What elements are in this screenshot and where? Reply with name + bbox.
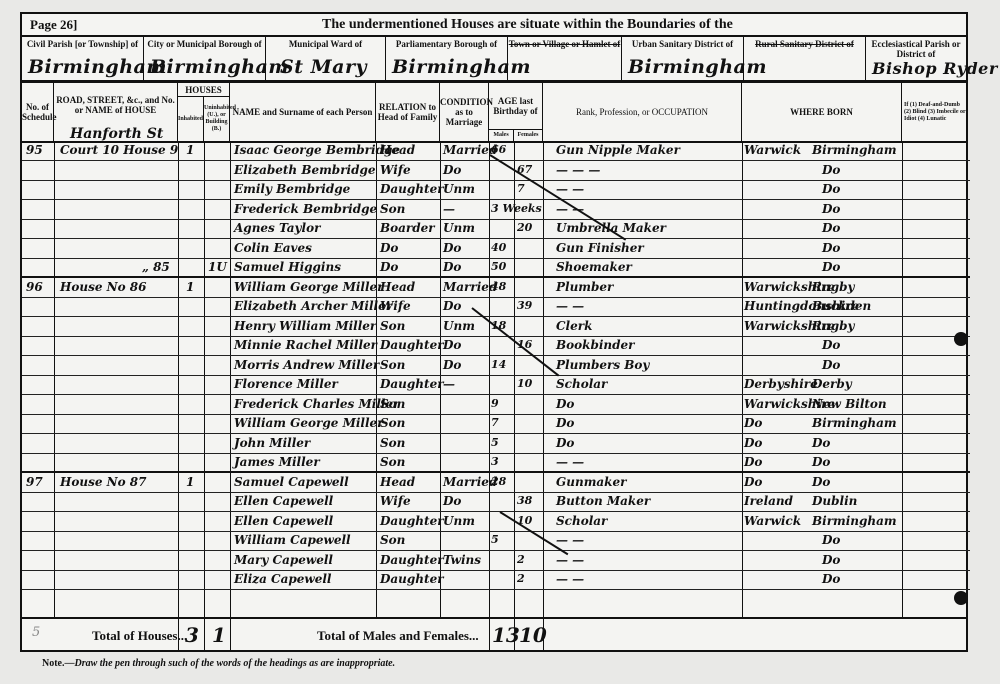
table-row: Colin EavesDoDo40Gun FinisherDo <box>22 240 970 259</box>
area-municipal-borough: City or Municipal Borough of Birmingham <box>144 37 266 80</box>
uninhabited-cell: 1U <box>208 260 227 274</box>
occupation-cell: Do <box>556 436 574 450</box>
relation-cell: Daughter <box>380 553 444 567</box>
total-uninhabited: 1 <box>212 623 226 647</box>
table-row: Minnie Rachel MillerDaughterDo16Bookbind… <box>22 337 970 356</box>
area-label: Civil Parish [or Township] of <box>22 37 143 49</box>
males-age-cell: 5 <box>491 436 499 449</box>
condition-cell: Do <box>443 299 461 313</box>
header-houses: HOUSES <box>178 83 230 97</box>
occupation-cell: — — <box>556 553 584 567</box>
males-age-cell: 9 <box>491 397 499 410</box>
column-rule <box>489 619 490 652</box>
condition-cell: Unm <box>443 514 475 528</box>
schedule-cell: 97 <box>26 475 43 489</box>
relation-cell: Daughter <box>380 182 444 196</box>
margin-mark: 5 <box>32 625 40 640</box>
area-label: Town or Village or Hamlet of <box>508 37 621 49</box>
relation-cell: Do <box>380 260 398 274</box>
name-cell: Henry William Miller <box>234 319 376 333</box>
name-cell: Agnes Taylor <box>234 221 320 235</box>
occupation-cell: Scholar <box>556 514 607 528</box>
born-place-cell: Do <box>822 533 840 547</box>
name-cell: Ellen Capewell <box>234 494 333 508</box>
name-cell: James Miller <box>234 455 320 469</box>
relation-cell: Daughter <box>380 572 444 586</box>
header-infirmity: If (1) Deaf-and-Dumb (2) Blind (3) Imbec… <box>902 83 966 141</box>
total-houses-label: Total of Houses... <box>92 628 187 644</box>
area-civil-parish: Civil Parish [or Township] of Birmingham <box>22 37 144 80</box>
born-place-cell: Birmingham <box>812 143 897 157</box>
header-relation: RELATION to Head of Family <box>376 83 440 141</box>
table-row: 97House No 871Samuel CapewellHeadMarried… <box>22 474 970 493</box>
page-banner: The undermentioned Houses are situate wi… <box>322 17 733 33</box>
condition-cell: Unm <box>443 221 475 235</box>
relation-cell: Daughter <box>380 377 444 391</box>
column-rule <box>178 619 179 652</box>
area-label: Parliamentary Borough of <box>386 37 507 49</box>
road-cell: „ 85 <box>142 260 170 274</box>
females-age-cell: 38 <box>517 494 532 507</box>
females-age-cell: 2 <box>517 572 525 585</box>
census-sheet: Page 26] The undermentioned Houses are s… <box>20 12 968 652</box>
occupation-cell: Do <box>556 416 574 430</box>
table-row: Eliza CapewellDaughter2— —Do <box>22 571 970 590</box>
condition-cell: — <box>443 202 455 216</box>
born-county-cell: Do <box>744 436 762 450</box>
relation-cell: Wife <box>380 494 411 508</box>
born-place-cell: Do <box>812 455 830 469</box>
occupation-cell: Scholar <box>556 377 607 391</box>
males-age-cell: 28 <box>491 475 506 488</box>
area-label: Urban Sanitary District of <box>622 37 743 49</box>
occupation-cell: — — <box>556 533 584 547</box>
name-cell: Frederick Bembridge <box>234 202 377 216</box>
occupation-cell: Gun Nipple Maker <box>556 143 680 157</box>
condition-cell: — <box>443 377 455 391</box>
schedule-cell: 96 <box>26 280 43 294</box>
born-place-cell: Do <box>822 572 840 586</box>
born-county-cell: Ireland <box>744 494 793 508</box>
name-cell: Isaac George Bembridge <box>234 143 400 157</box>
header-inhabited: Inhabited <box>178 97 204 141</box>
females-age-cell: 39 <box>517 299 532 312</box>
occupation-cell: — — — <box>556 163 600 177</box>
relation-cell: Wife <box>380 163 411 177</box>
condition-cell: Do <box>443 338 461 352</box>
relation-cell: Do <box>380 241 398 255</box>
table-row: Ellen CapewellWifeDo38Button MakerIrelan… <box>22 493 970 512</box>
born-place-cell: Do <box>822 163 840 177</box>
condition-cell: Do <box>443 163 461 177</box>
area-label: Rural Sanitary District of <box>744 37 865 49</box>
occupation-cell: Clerk <box>556 319 592 333</box>
name-cell: Frederick Charles Miller <box>234 397 399 411</box>
header-females: Females <box>514 129 543 141</box>
header-males: Males <box>489 129 514 141</box>
area-value: St Mary <box>280 56 367 78</box>
road-cell: House No 86 <box>60 280 146 294</box>
occupation-cell: — — <box>556 455 584 469</box>
punch-hole <box>954 332 968 346</box>
born-county-cell: Do <box>744 455 762 469</box>
table-row: Florence MillerDaughter—10ScholarDerbysh… <box>22 376 970 395</box>
name-cell: Eliza Capewell <box>234 572 331 586</box>
table-row: William CapewellSon5— —Do <box>22 532 970 551</box>
area-town-village: Town or Village or Hamlet of <box>508 37 622 80</box>
table-row: 96House No 861William George MillerHeadM… <box>22 279 970 298</box>
name-cell: Ellen Capewell <box>234 514 333 528</box>
males-age-cell: 66 <box>491 143 506 156</box>
note-text: Draw the pen through such of the words o… <box>75 658 396 669</box>
occupation-cell: Bookbinder <box>556 338 635 352</box>
condition-cell: Unm <box>443 182 475 196</box>
occupation-cell: — — <box>556 299 584 313</box>
table-row: William George MillerSon7DoDoBirmingham <box>22 415 970 434</box>
born-place-cell: Rugby <box>812 280 854 294</box>
condition-cell: Do <box>443 358 461 372</box>
relation-cell: Head <box>380 280 415 294</box>
area-value: Bishop Ryder <box>872 59 998 78</box>
born-place-cell: Birmingham <box>812 514 897 528</box>
road-cell: Court 10 House 9 <box>60 143 178 157</box>
title-bar: Page 26] The undermentioned Houses are s… <box>22 14 966 37</box>
note-prefix: Note.— <box>42 658 75 669</box>
name-cell: Morris Andrew Miller <box>234 358 379 372</box>
name-cell: William George Miller <box>234 416 383 430</box>
punch-hole <box>954 591 968 605</box>
inhabited-cell: 1 <box>186 280 194 294</box>
males-age-cell: 7 <box>491 416 499 429</box>
area-row: Civil Parish [or Township] of Birmingham… <box>22 37 966 83</box>
column-rule <box>204 619 205 652</box>
table-row: Morris Andrew MillerSonDo14Plumbers BoyD… <box>22 357 970 376</box>
name-cell: Emily Bembridge <box>234 182 350 196</box>
condition-cell: Do <box>443 494 461 508</box>
name-cell: Elizabeth Archer Miller <box>234 299 392 313</box>
column-rule <box>543 619 544 652</box>
born-place-cell: New Bilton <box>812 397 887 411</box>
name-cell: Samuel Higgins <box>234 260 341 274</box>
table-row: Frederick Charles MillerSon9DoWarwickshi… <box>22 396 970 415</box>
table-row: Elizabeth Archer MillerWifeDo39— —Huntin… <box>22 298 970 317</box>
schedule-cell: 95 <box>26 143 43 157</box>
condition-cell: Married <box>443 475 497 489</box>
name-cell: John Miller <box>234 436 310 450</box>
area-label: City or Municipal Borough of <box>144 37 265 49</box>
area-municipal-ward: Municipal Ward of St Mary <box>266 37 386 80</box>
born-place-cell: Do <box>822 221 840 235</box>
name-cell: Mary Capewell <box>234 553 333 567</box>
born-place-cell: Do <box>822 260 840 274</box>
condition-cell: Do <box>443 260 461 274</box>
table-row: „ 851USamuel HigginsDoDo50ShoemakerDo <box>22 259 970 278</box>
name-cell: Florence Miller <box>234 377 338 391</box>
relation-cell: Son <box>380 358 405 372</box>
born-place-cell: Do <box>822 553 840 567</box>
relation-cell: Son <box>380 202 405 216</box>
table-row: Ellen CapewellDaughterUnm10ScholarWarwic… <box>22 513 970 532</box>
condition-cell: Do <box>443 241 461 255</box>
relation-cell: Head <box>380 143 415 157</box>
condition-cell: Unm <box>443 319 475 333</box>
occupation-cell: Plumbers Boy <box>556 358 649 372</box>
table-row: Agnes TaylorBoarderUnm20Umbrella MakerDo <box>22 220 970 239</box>
relation-cell: Son <box>380 416 405 430</box>
name-cell: Minnie Rachel Miller <box>234 338 377 352</box>
born-place-cell: Do <box>822 358 840 372</box>
page-number: Page 26] <box>30 17 77 33</box>
occupation-cell: Shoemaker <box>556 260 632 274</box>
column-rule <box>514 619 515 652</box>
street-name: Hanforth St <box>70 126 163 143</box>
relation-cell: Son <box>380 533 405 547</box>
born-place-cell: Dublin <box>812 494 857 508</box>
name-cell: William Capewell <box>234 533 351 547</box>
females-age-cell: 7 <box>517 182 525 195</box>
total-inhabited: 3 <box>185 623 199 647</box>
inhabited-cell: 1 <box>186 475 194 489</box>
relation-cell: Wife <box>380 299 411 313</box>
relation-cell: Daughter <box>380 514 444 528</box>
header-schedule: No. of Schedule <box>22 83 54 141</box>
occupation-cell: Gun Finisher <box>556 241 644 255</box>
footnote: Note.—Draw the pen through such of the w… <box>42 658 395 669</box>
relation-cell: Daughter <box>380 338 444 352</box>
males-age-cell: 48 <box>491 280 506 293</box>
area-urban-sanitary: Urban Sanitary District of Birmingham <box>622 37 744 80</box>
born-place-cell: Do <box>812 475 830 489</box>
born-county-cell: Derbyshire <box>744 377 818 391</box>
table-row: Frederick BembridgeSon—3 Weeks— —Do <box>22 201 970 220</box>
header-condition: CONDITION as to Marriage <box>440 83 489 141</box>
relation-cell: Son <box>380 397 405 411</box>
born-place-cell: Rugby <box>812 319 854 333</box>
header-name: NAME and Surname of each Person <box>230 83 376 141</box>
born-place-cell: Do <box>822 338 840 352</box>
born-place-cell: Derby <box>812 377 852 391</box>
area-label: Ecclesiastical Parish or District of <box>866 37 966 59</box>
males-age-cell: 5 <box>491 533 499 546</box>
males-age-cell: 3 Weeks <box>491 202 542 215</box>
born-county-cell: Warwick <box>744 514 801 528</box>
header-where-born: WHERE BORN <box>742 83 902 141</box>
males-age-cell: 3 <box>491 455 499 468</box>
totals-row: 5 Total of Houses... 3 1 Total of Males … <box>22 617 966 652</box>
born-place-cell: Do <box>822 241 840 255</box>
occupation-cell: Do <box>556 397 574 411</box>
occupation-cell: — — <box>556 572 584 586</box>
born-place-cell: Birmingham <box>812 416 897 430</box>
header-age: AGE last Birthday of <box>489 83 543 129</box>
females-age-cell: 2 <box>517 553 525 566</box>
table-row: James MillerSon3— —DoDo <box>22 454 970 473</box>
occupation-cell: Gunmaker <box>556 475 626 489</box>
born-county-cell: Warwick <box>744 143 801 157</box>
females-age-cell: 10 <box>517 377 532 390</box>
occupation-cell: Button Maker <box>556 494 650 508</box>
born-county-cell: Do <box>744 475 762 489</box>
relation-cell: Head <box>380 475 415 489</box>
total-males: 13 <box>492 623 520 647</box>
relation-cell: Son <box>380 319 405 333</box>
name-cell: Colin Eaves <box>234 241 312 255</box>
inhabited-cell: 1 <box>186 143 194 157</box>
born-place-cell: Do <box>822 182 840 196</box>
relation-cell: Boarder <box>380 221 435 235</box>
relation-cell: Son <box>380 436 405 450</box>
born-place-cell: Buckden <box>812 299 871 313</box>
name-cell: William George Miller <box>234 280 383 294</box>
area-ecclesiastical: Ecclesiastical Parish or District of Bis… <box>866 37 966 80</box>
born-place-cell: Do <box>812 436 830 450</box>
males-age-cell: 14 <box>491 358 506 371</box>
condition-cell: Married <box>443 280 497 294</box>
females-age-cell: 20 <box>517 221 532 234</box>
area-rural-sanitary: Rural Sanitary District of <box>744 37 866 80</box>
males-age-cell: 50 <box>491 260 506 273</box>
condition-cell: Twins <box>443 553 481 567</box>
males-age-cell: 40 <box>491 241 506 254</box>
header-uninhabited: Uninhabited (U.), or Building (B.) <box>204 97 230 141</box>
table-row: Emily BembridgeDaughterUnm7— —Do <box>22 181 970 200</box>
column-rule <box>230 619 231 652</box>
table-row: John MillerSon5DoDoDo <box>22 435 970 454</box>
relation-cell: Son <box>380 455 405 469</box>
born-county-cell: Do <box>744 416 762 430</box>
occupation-cell: Plumber <box>556 280 613 294</box>
born-place-cell: Do <box>822 202 840 216</box>
area-label: Municipal Ward of <box>266 37 385 49</box>
occupation-cell: — — <box>556 182 584 196</box>
header-occupation: Rank, Profession, or OCCUPATION <box>543 83 742 141</box>
road-cell: House No 87 <box>60 475 146 489</box>
total-persons-label: Total of Males and Females... <box>317 628 479 644</box>
table-row: Elizabeth BembridgeWifeDo67— — —Do <box>22 162 970 181</box>
occupation-cell: Umbrella Maker <box>556 221 666 235</box>
name-cell: Elizabeth Bembridge <box>234 163 376 177</box>
table-row: Mary CapewellDaughterTwins2— —Do <box>22 552 970 571</box>
area-parliamentary-borough: Parliamentary Borough of Birmingham <box>386 37 508 80</box>
name-cell: Samuel Capewell <box>234 475 349 489</box>
